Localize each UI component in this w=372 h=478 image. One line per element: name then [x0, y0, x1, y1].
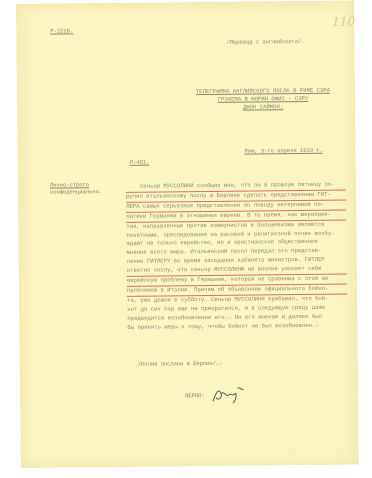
side-label-line: конфиденциально. — [50, 188, 102, 196]
closing-note: /Копия послана в Берлин/.- — [138, 360, 223, 369]
ref-code: Р-491. — [130, 159, 150, 167]
title-line: ДЖОН САЙМОН. — [173, 103, 353, 113]
document-page: 110 Р-2220. /Перевод с английского/. ТЕЛ… — [16, 0, 359, 468]
document-title: ТЕЛЕГРАММА АНГЛИЙСКОГО ПОСЛА В РИМЕ СЭРА… — [173, 86, 353, 112]
reference-number: Р-2220. — [50, 27, 73, 35]
body-line: бы принять меры к тому, чтобы бойкот не … — [127, 321, 347, 332]
archive-page-number: 110 — [332, 14, 355, 28]
place-date: Рим, 3-го апреля 1933 г. — [245, 147, 323, 156]
translation-note: /Перевод с английского/. — [226, 38, 304, 47]
signature-label: ВЕРНО: — [185, 392, 205, 400]
confidentiality-label: Лично-строго конфиденциально. — [50, 181, 102, 196]
handwritten-signature-icon — [210, 384, 250, 406]
body-text: Сеньор МУССОЛИНИ сообщил мне, что он в п… — [126, 181, 348, 333]
